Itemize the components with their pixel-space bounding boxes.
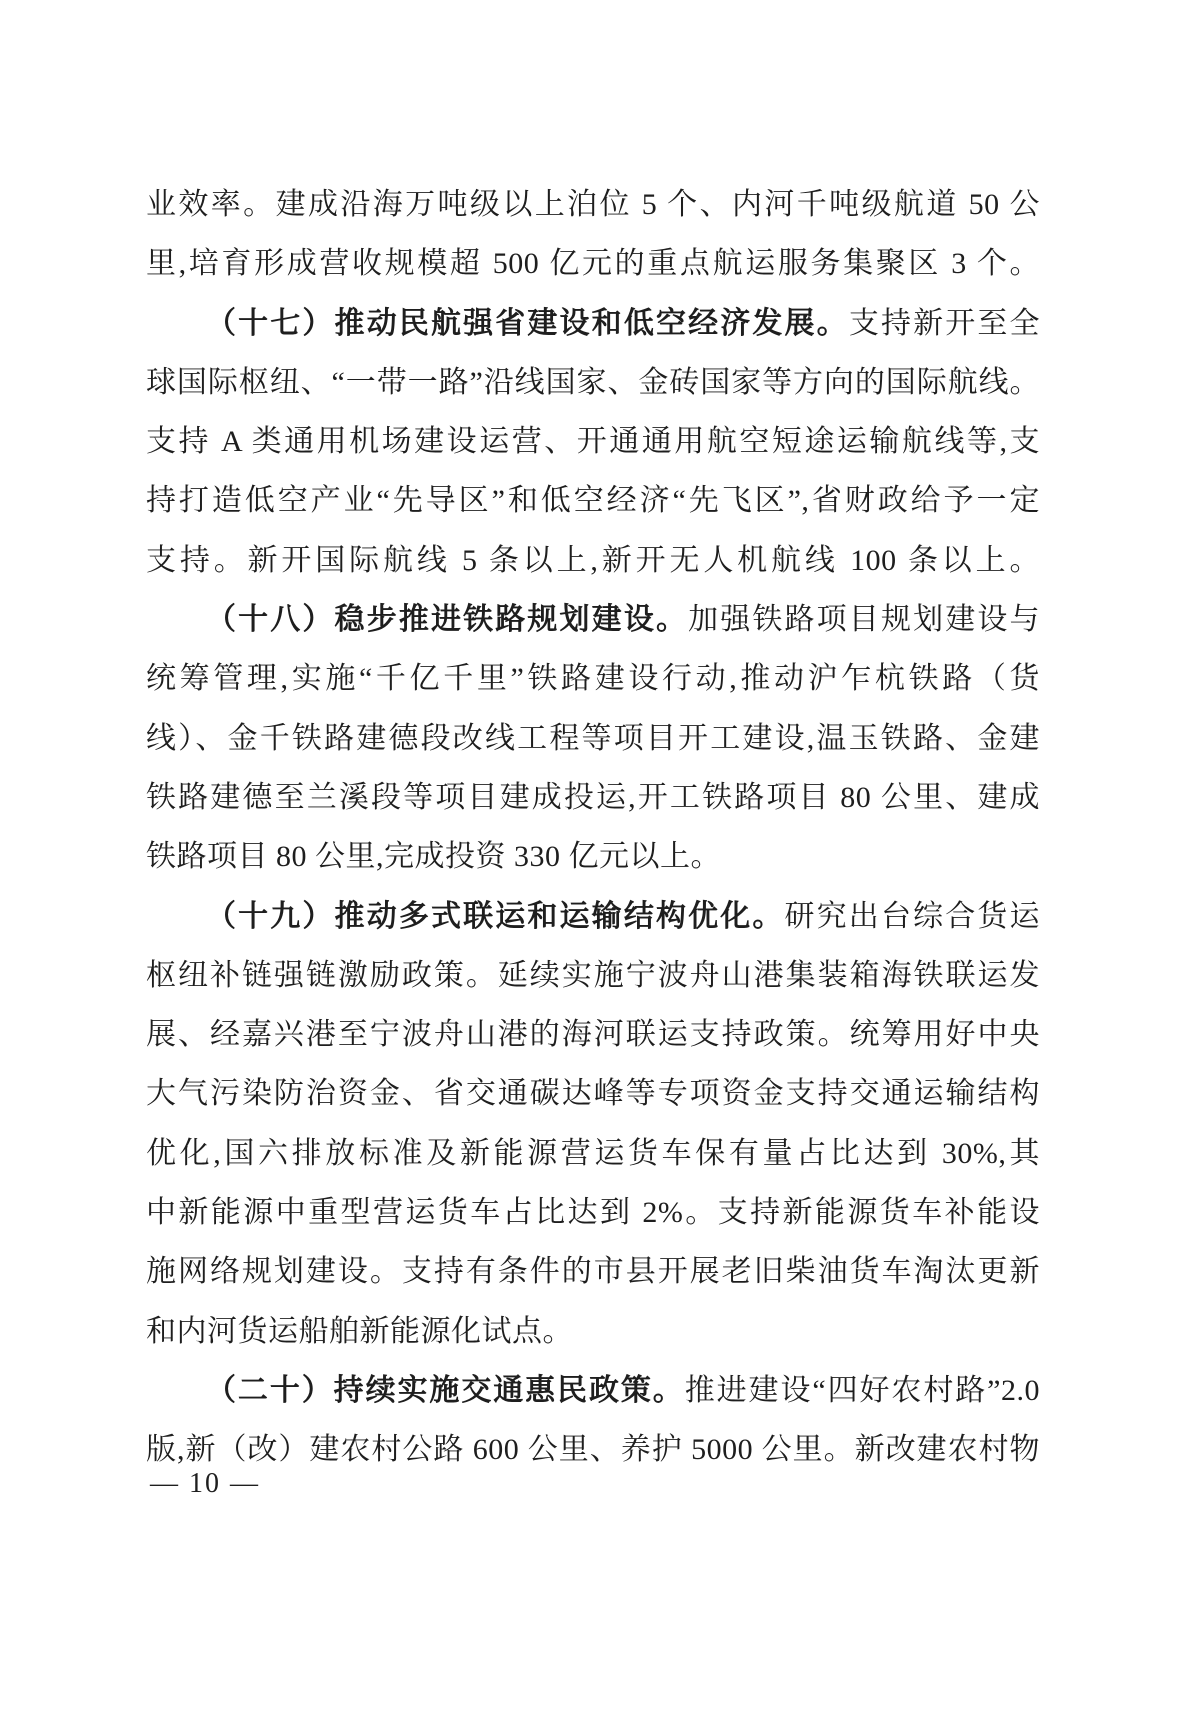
- text-line: （十八）稳步推进铁路规划建设。加强铁路项目规划建设与: [146, 590, 1040, 649]
- text-line: 业效率。建成沿海万吨级以上泊位 5 个、内河千吨级航道 50 公: [146, 175, 1040, 234]
- text-line: （十七）推动民航强省建设和低空经济发展。支持新开至全: [146, 294, 1040, 353]
- text-line: 里,培育形成营收规模超 500 亿元的重点航运服务集聚区 3 个。: [146, 234, 1040, 293]
- text-segment: 优化,国六排放标准及新能源营运货车保有量占比达到 30%,其: [146, 1137, 1040, 1170]
- text-segment: 统筹管理,实施“千亿千里”铁路建设行动,推动沪乍杭铁路（货: [146, 662, 1040, 695]
- text-line: 展、经嘉兴港至宁波舟山港的海河联运支持政策。统筹用好中央: [146, 1005, 1040, 1064]
- text-line: 线）、金千铁路建德段改线工程等项目开工建设,温玉铁路、金建: [146, 709, 1040, 768]
- text-segment: 和内河货运船舶新能源化试点。: [146, 1315, 573, 1348]
- text-segment: 大气污染防治资金、省交通碳达峰等专项资金支持交通运输结构: [146, 1077, 1040, 1110]
- text-segment: 展、经嘉兴港至宁波舟山港的海河联运支持政策。统筹用好中央: [146, 1018, 1040, 1051]
- text-line: 优化,国六排放标准及新能源营运货车保有量占比达到 30%,其: [146, 1124, 1040, 1183]
- text-segment: 研究出台综合货运: [785, 900, 1040, 933]
- text-segment: 业效率。建成沿海万吨级以上泊位 5 个、内河千吨级航道 50 公: [146, 188, 1040, 221]
- page-number: — 10 —: [150, 1466, 260, 1502]
- document-page: 业效率。建成沿海万吨级以上泊位 5 个、内河千吨级航道 50 公里,培育形成营收…: [0, 0, 1191, 1730]
- text-segment: 中新能源中重型营运货车占比达到 2%。支持新能源货车补能设: [146, 1196, 1040, 1229]
- text-line: 施网络规划建设。支持有条件的市县开展老旧柴油货车淘汰更新: [146, 1242, 1040, 1301]
- section-heading-segment: （二十）持续实施交通惠民政策。: [206, 1374, 685, 1407]
- text-line: 持打造低空产业“先导区”和低空经济“先飞区”,省财政给予一定: [146, 471, 1040, 530]
- text-line: 铁路建德至兰溪段等项目建成投运,开工铁路项目 80 公里、建成: [146, 768, 1040, 827]
- text-segment: 加强铁路项目规划建设与: [688, 603, 1040, 636]
- text-segment: 版,新（改）建农村公路 600 公里、养护 5000 公里。新改建农村物: [146, 1433, 1040, 1466]
- text-segment: 枢纽补链强链激励政策。延续实施宁波舟山港集装箱海铁联运发: [146, 959, 1040, 992]
- text-line: （二十）持续实施交通惠民政策。推进建设“四好农村路”2.0: [146, 1361, 1040, 1420]
- text-segment: 推进建设“四好农村路”2.0: [685, 1374, 1040, 1407]
- text-line: 统筹管理,实施“千亿千里”铁路建设行动,推动沪乍杭铁路（货: [146, 649, 1040, 708]
- text-line: 版,新（改）建农村公路 600 公里、养护 5000 公里。新改建农村物: [146, 1420, 1040, 1479]
- text-line: 中新能源中重型营运货车占比达到 2%。支持新能源货车补能设: [146, 1183, 1040, 1242]
- text-line: 和内河货运船舶新能源化试点。: [146, 1302, 1040, 1361]
- text-line: 支持 A 类通用机场建设运营、开通通用航空短途运输航线等,支: [146, 412, 1040, 471]
- text-line: 铁路项目 80 公里,完成投资 330 亿元以上。: [146, 827, 1040, 886]
- text-block: 业效率。建成沿海万吨级以上泊位 5 个、内河千吨级航道 50 公里,培育形成营收…: [146, 175, 1040, 1480]
- text-line: 枢纽补链强链激励政策。延续实施宁波舟山港集装箱海铁联运发: [146, 946, 1040, 1005]
- section-heading-segment: （十九）推动多式联运和运输结构优化。: [206, 900, 785, 933]
- text-segment: 支持新开至全: [849, 307, 1040, 340]
- text-segment: 铁路建德至兰溪段等项目建成投运,开工铁路项目 80 公里、建成: [146, 781, 1040, 814]
- text-segment: 线）、金千铁路建德段改线工程等项目开工建设,温玉铁路、金建: [146, 722, 1040, 755]
- text-segment: 施网络规划建设。支持有条件的市县开展老旧柴油货车淘汰更新: [146, 1255, 1040, 1288]
- section-heading-segment: （十八）稳步推进铁路规划建设。: [206, 603, 688, 636]
- text-segment: 支持 A 类通用机场建设运营、开通通用航空短途运输航线等,支: [146, 425, 1040, 458]
- text-segment: 支持。新开国际航线 5 条以上,新开无人机航线 100 条以上。: [146, 544, 1040, 577]
- text-line: 球国际枢纽、“一带一路”沿线国家、金砖国家等方向的国际航线。: [146, 353, 1040, 412]
- text-segment: 铁路项目 80 公里,完成投资 330 亿元以上。: [146, 840, 721, 873]
- text-line: 大气污染防治资金、省交通碳达峰等专项资金支持交通运输结构: [146, 1064, 1040, 1123]
- text-segment: 里,培育形成营收规模超 500 亿元的重点航运服务集聚区 3 个。: [146, 247, 1040, 280]
- text-line: （十九）推动多式联运和运输结构优化。研究出台综合货运: [146, 887, 1040, 946]
- text-segment: 持打造低空产业“先导区”和低空经济“先飞区”,省财政给予一定: [146, 484, 1040, 517]
- text-line: 支持。新开国际航线 5 条以上,新开无人机航线 100 条以上。: [146, 531, 1040, 590]
- text-segment: 球国际枢纽、“一带一路”沿线国家、金砖国家等方向的国际航线。: [146, 366, 1040, 399]
- section-heading-segment: （十七）推动民航强省建设和低空经济发展。: [206, 307, 849, 340]
